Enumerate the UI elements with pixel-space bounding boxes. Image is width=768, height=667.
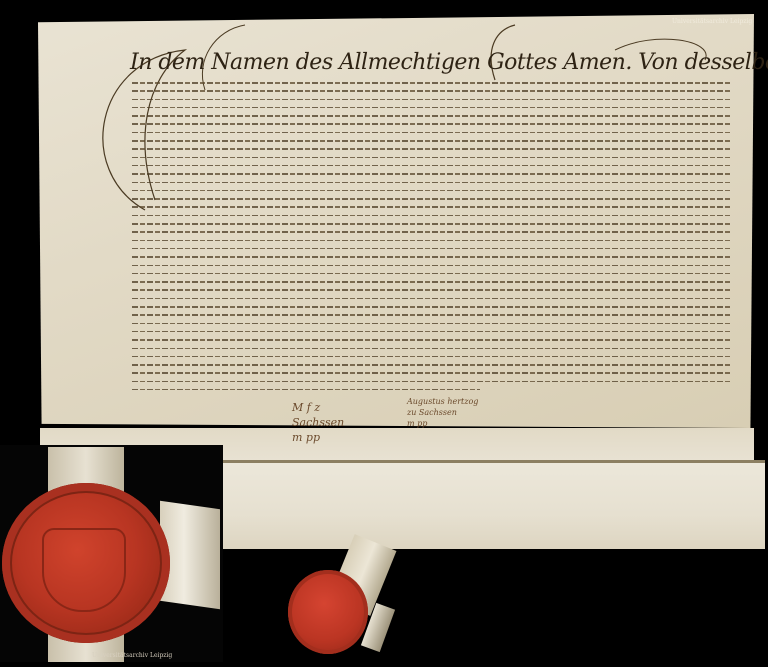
charter-heading: In dem Namen des Allmechtigen Gottes Ame… [130,50,768,75]
small-wax-seal-icon [288,570,368,654]
archive-caption: Universitätsarchiv Leipzig [92,652,172,659]
seal-detail-inset: Universitätsarchiv Leipzig [0,445,223,662]
signature-moritz: M f z Sachssen m pp [292,400,372,445]
parchment-fold-plica [220,460,765,549]
large-wax-seal-icon [2,483,170,643]
charter-body-text [132,82,732,357]
signature-augustus: Augustus hertzog zu Sachssen m pp [407,396,497,429]
